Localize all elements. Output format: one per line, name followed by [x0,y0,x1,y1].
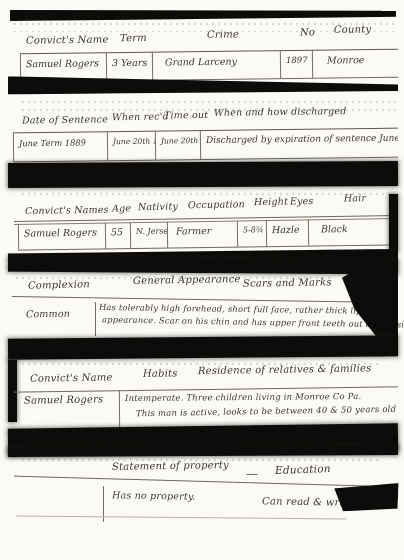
cell-crime: Grand Larceny [153,51,281,80]
header-convicts-names: Convict's Names [25,206,109,217]
column-divider [119,390,120,428]
header-when-how-discharged: When and how discharged [214,107,347,118]
toner-bar [8,335,398,359]
header-residence: Residence of relatives & families [198,364,372,377]
cell-complexion: Common [26,310,70,320]
header-occupation: Occupation [188,200,245,210]
header-complexion: Complexion [28,280,90,292]
header-time-out: Time out [164,111,208,121]
toner-bar [8,445,398,457]
cell-discharged: Discharged by expiration of sentence Jun… [201,129,398,159]
toner-bar [10,8,396,21]
cell-time-out: June 20th 1892 [156,131,201,160]
header-hair: Hair [344,194,366,204]
toner-bar [8,257,398,275]
cell-eyes: Hazle [267,220,309,247]
cell-no: 1897 [281,51,313,78]
cell-when-received: June 20th 1889 [108,132,156,161]
header-general-appearance: General Appearance [133,275,241,287]
conviction-row: Samuel Rogers 3 Years Grand Larceny 1897… [20,49,398,83]
header-crime: Crime [207,30,239,41]
faint-bottom-rule [16,516,346,520]
header-term: Term [120,34,147,44]
cell-height: 5-8¾ [238,220,267,246]
cell-term: 3 Years [107,53,153,81]
description-row: Samuel Rogers 55 N. Jersey Farmer 5-8¾ H… [18,218,398,250]
cell-age: 55 [106,222,131,248]
cell-hair: Black [309,218,398,245]
header-convict-name: Convict's Name [30,373,113,384]
table-rule [12,296,392,303]
cell-name: Samuel Rogers [24,395,104,406]
habits-line-1: Intemperate. Three children living in Mo… [125,393,362,404]
appearance-line-1: Has tolerably high forehead, short full … [99,303,397,315]
scanned-register-page: Convict's Name Term Crime No County Samu… [0,0,404,560]
habits-line-2: This man is active, looks to be between … [136,406,396,419]
cell-date-of-sentence: June Term 1889 [13,132,108,161]
appearance-line-2: appearance. Scar on his chin and has upp… [102,315,404,329]
cell-nativity: N. Jersey [131,222,168,249]
header-statement-of-property: Statement of property [112,461,229,473]
table-rule [14,476,398,488]
header-height: Height [254,197,288,207]
header-divider-dash: — [246,468,258,480]
cell-occupation: Farmer [168,221,238,248]
header-habits: Habits [143,369,178,380]
column-divider [95,302,96,336]
toner-bar [8,161,398,188]
toner-edge [389,194,398,252]
header-no: No [300,28,315,38]
header-age: Age [112,204,131,214]
discharge-row: June Term 1889 June 20th 1889 June 20th … [13,128,398,163]
header-convict-name: Convict's Name [26,35,109,46]
cell-name: Samuel Rogers [18,222,106,249]
header-when-received: When rec'd [112,112,169,122]
header-eyes: Eyes [290,197,314,207]
header-nativity: Nativity [138,202,178,212]
header-county: County [334,25,372,36]
cell-property: Has no property. [112,491,196,502]
header-scars-marks: Scars and Marks [243,278,332,290]
header-date-of-sentence: Date of Sentence [22,115,108,126]
header-education: Education [275,464,331,476]
cell-county: Monroe [313,50,398,78]
